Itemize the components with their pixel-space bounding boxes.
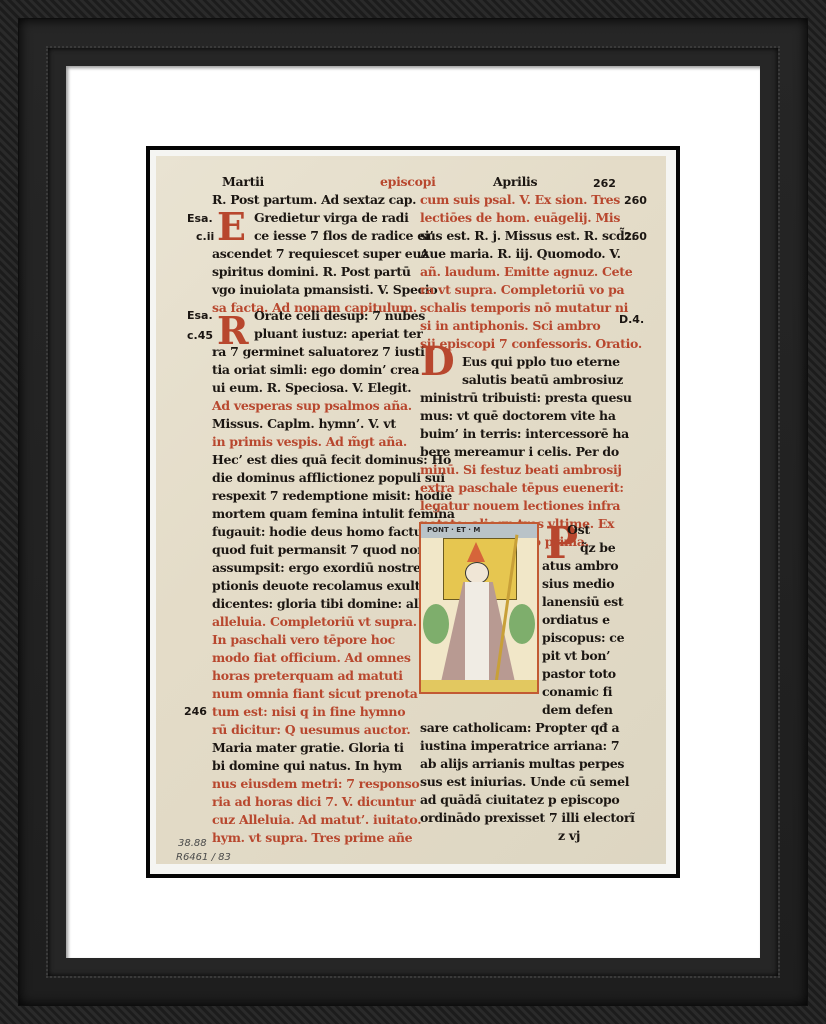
text-line: ce iesse 7 flos de radice ei’ [254, 230, 433, 243]
text-line: lanensiū est [542, 596, 623, 609]
text-line: sius medio [542, 578, 614, 591]
text-line: ad quādā ciuitatez p episcopo [420, 794, 619, 807]
text-line: horas preterquam ad matuti [212, 670, 403, 683]
text-line: pluant iustuz: aperiat ter [254, 328, 423, 341]
header-left: Martii [222, 176, 264, 189]
text-line: rū dicitur: Q uesumus auctor. [212, 724, 410, 737]
text-line: bi domine qui natus. In hym [212, 760, 402, 773]
drop-cap-e: E [217, 204, 246, 249]
text-line: ascendet 7 requiescet super euz [212, 248, 428, 261]
text-line: hym. vt supra. Tres prime añe [212, 832, 412, 845]
text-line: ria ad horas dici 7. V. dicuntur [212, 796, 415, 809]
text-line: minū. Si festuz beati ambrosij [420, 464, 622, 477]
text-line: Maria mater gratie. Gloria ti [212, 742, 404, 755]
margin-ref: Esa. [187, 309, 213, 322]
text-line: atus ambro [542, 560, 618, 573]
text-line: bere mereamur i celis. Per do [420, 446, 619, 459]
text-line: vgo inuiolata pmansisti. V. Specio [212, 284, 437, 297]
margin-ref: Esa. [187, 212, 213, 225]
margin-ref: 246 [184, 705, 207, 718]
text-line: ordiatus e [542, 614, 610, 627]
text-line: extra paschale tēpus euenerit: [420, 482, 624, 495]
text-line: cum suis psal. V. Ex sion. Tres [420, 194, 620, 207]
text-line: mus: vt quē doctorem vite ha [420, 410, 616, 423]
folio-number: 262 [593, 177, 616, 190]
signature-mark: z vj [558, 830, 580, 843]
text-line: ptionis deuote recolamus exultem’ [212, 580, 445, 593]
text-line: mortem quam femina intulit femina [212, 508, 455, 521]
text-line: In paschali vero tēpore hoc [212, 634, 395, 647]
text-line: ra 7 germinet saluatorez 7 iusti [212, 346, 425, 359]
header-center: episcopi [380, 176, 436, 189]
text-line: num omnia fiant sicut prenota [212, 688, 418, 701]
text-line: ministrū tribuisti: presta quesu [420, 392, 632, 405]
text-line: spiritus domini. R. Post partū [212, 266, 411, 279]
text-line: legatur nouem lectiones infra [420, 500, 620, 513]
text-line: fugauit: hodie deus homo factus id [212, 526, 446, 539]
text-line: dem defen [542, 704, 613, 717]
text-line: tia oriat simli: ego domin’ crea [212, 364, 419, 377]
text-line: in primis vespis. Ad m̃gt aña. [212, 436, 407, 449]
text-line: R. Post partum. Ad sextaz cap. [212, 194, 416, 207]
text-line: Ost [567, 524, 590, 537]
tree-left [423, 604, 449, 644]
text-line: conamic fi [542, 686, 612, 699]
text-line: ui eum. R. Speciosa. V. Elegit. [212, 382, 411, 395]
text-line: salutis beatū ambrosiuz [462, 374, 623, 387]
text-line: buim’ in terris: intercessorē ha [420, 428, 629, 441]
text-line: Orate celi desup: 7 nubes [254, 310, 425, 323]
text-line: sare catholicam: Propter qđ a [420, 722, 619, 735]
text-line: Hec’ est dies quā fecit dominus: Ho [212, 454, 451, 467]
text-line: alleluia. Completoriū vt supra. [212, 616, 417, 629]
text-line: ra vt supra. Completoriū vo pa [420, 284, 624, 297]
text-line: Ad vesperas sup psalmos aña. [212, 400, 412, 413]
woodcut-illustration-saint-ambrose: PONT · ET · M [419, 522, 539, 694]
text-line: pastor toto [542, 668, 616, 681]
text-line: sij episcopi 7 confessoris. Oratio. [420, 338, 642, 351]
text-line: sus est iniurias. Unde cū semel [420, 776, 629, 789]
saint-face [465, 562, 489, 584]
text-line: iustina imperatrice arriana: 7 [420, 740, 619, 753]
text-line: Aue maria. R. iij. Quomodo. V. [420, 248, 621, 261]
text-line: nus eiusdem metri: 7 responso [212, 778, 419, 791]
saint-alb [465, 582, 489, 682]
text-line: Missus. Caplm. hymn’. V. vt [212, 418, 396, 431]
text-line: piscopus: ce [542, 632, 624, 645]
text-line: pit vt bon’ [542, 650, 610, 663]
text-line: si in antiphonis. Sci ambro [420, 320, 600, 333]
tree-right [509, 604, 535, 644]
text-line: q̃z be [580, 542, 615, 555]
text-line: lectiōes de hom. euāgelij. Mis [420, 212, 620, 225]
text-line: Gredietur virga de radi [254, 212, 409, 225]
text-line: schalis temporis nō mutatur ni [420, 302, 628, 315]
margin-ref: c.45 [187, 329, 213, 342]
text-line: añ. laudum. Emitte agnuz. Cete [420, 266, 632, 279]
margin-ref: c.ii [196, 230, 214, 243]
text-line: tum est: nisi q in fine hymno [212, 706, 405, 719]
header-right: Aprilis [493, 176, 537, 189]
text-line: modo fiat officium. Ad omnes [212, 652, 411, 665]
woodcut-caption: PONT · ET · M [427, 526, 480, 534]
text-line: respexit 7 redemptione misit: hodie [212, 490, 452, 503]
text-line: cuz Alleluia. Ad matut’. iuitato. [212, 814, 421, 827]
accession-number: R6461 / 83 [176, 852, 231, 863]
margin-ref: 260 [624, 194, 647, 207]
text-line: sus est. R. j. Missus est. R. scd̃z. [420, 230, 635, 243]
text-line: ordinādo prexisset 7 illi electorĩ [420, 812, 635, 825]
text-line: Eus qui pplo tuo eterne [462, 356, 620, 369]
woodcut-ground [421, 680, 537, 692]
text-line: die dominus afflictionez populi sui [212, 472, 445, 485]
text-line: ab alijs arrianis multas perpes [420, 758, 624, 771]
collection-number: 38.88 [178, 838, 207, 849]
